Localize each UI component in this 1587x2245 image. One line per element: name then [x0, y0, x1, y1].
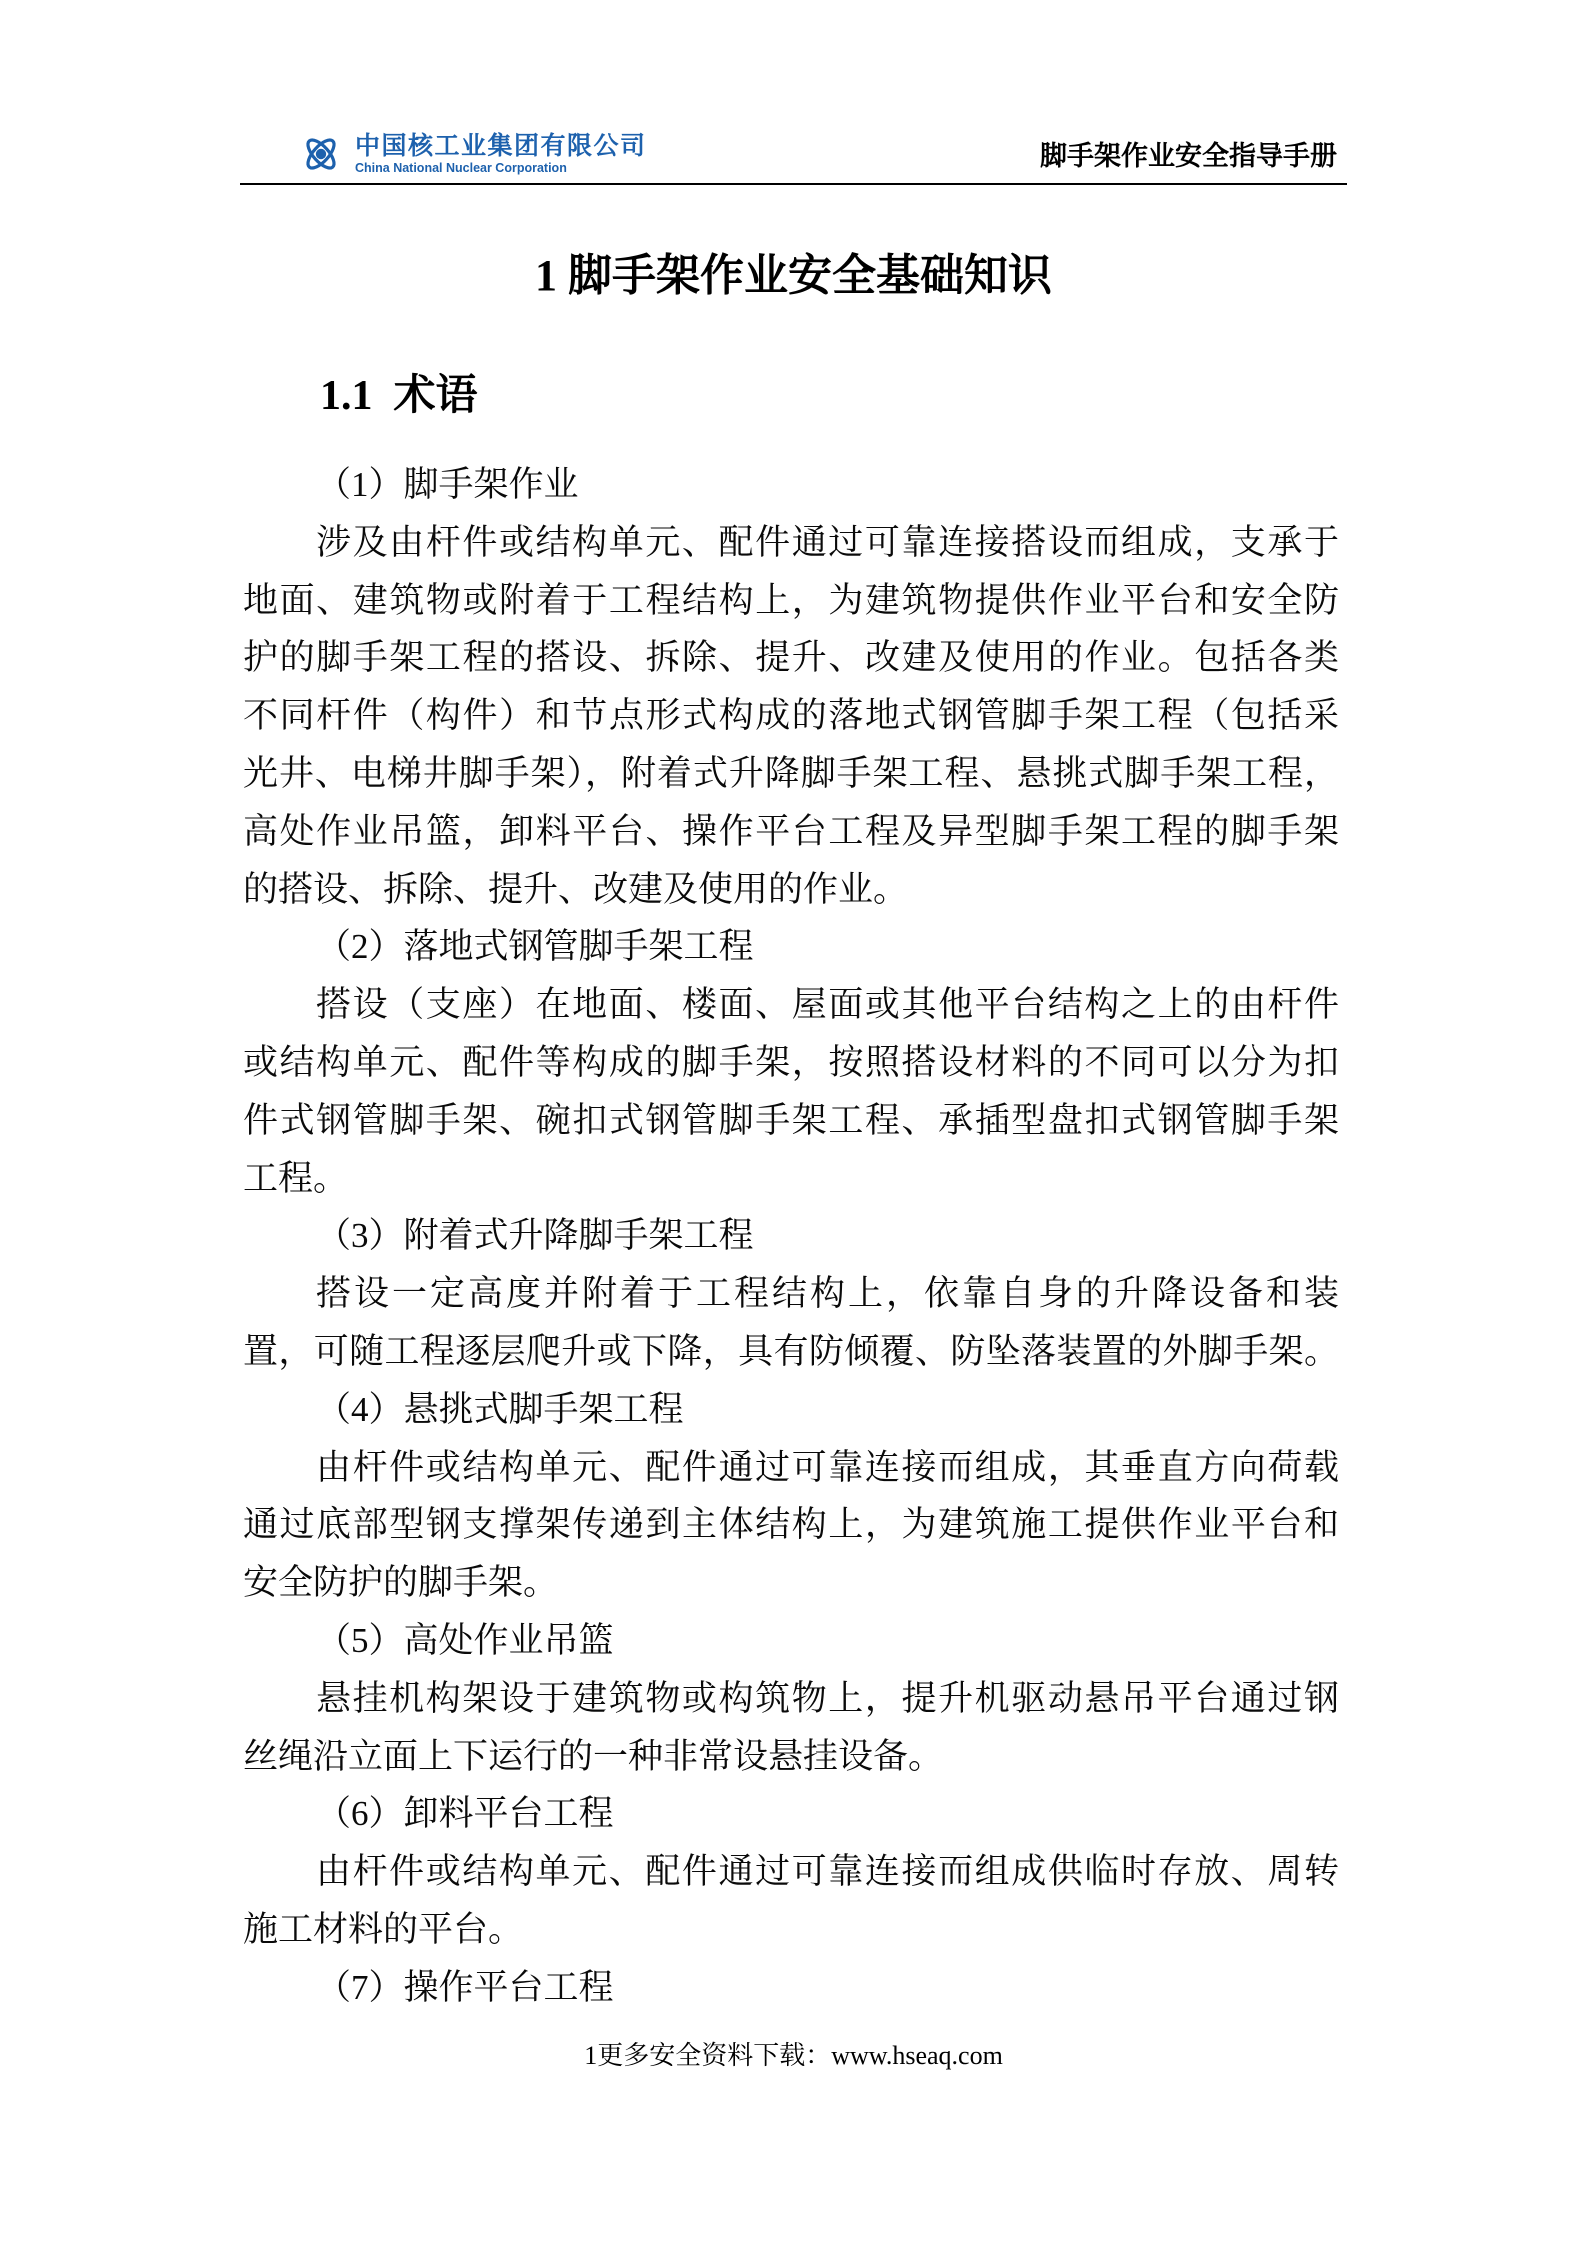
body-line: 安全防护的脚手架。 — [243, 1554, 1339, 1612]
body-line: 护的脚手架工程的搭设、拆除、提升、改建及使用的作业。包括各类 — [243, 629, 1339, 687]
body-line: （2）落地式钢管脚手架工程 — [243, 918, 1339, 976]
body-line: 由杆件或结构单元、配件通过可靠连接而组成，其垂直方向荷载 — [243, 1439, 1339, 1497]
body-line: 涉及由杆件或结构单元、配件通过可靠连接搭设而组成，支承于 — [243, 514, 1339, 572]
body-line: 搭设一定高度并附着于工程结构上，依靠自身的升降设备和装 — [243, 1265, 1339, 1323]
body-line: （6）卸料平台工程 — [243, 1785, 1339, 1843]
cnnc-logo: 中国核工业集团有限公司 China National Nuclear Corpo… — [300, 133, 647, 175]
footer-url: www.hseaq.com — [831, 2041, 1003, 2070]
logo-company-name-cn: 中国核工业集团有限公司 — [355, 134, 647, 159]
body-line: 通过底部型钢支撑架传递到主体结构上，为建筑施工提供作业平台和 — [243, 1496, 1339, 1554]
body-line: 地面、建筑物或附着于工程结构上，为建筑物提供作业平台和安全防 — [243, 572, 1339, 630]
page: 中国核工业集团有限公司 China National Nuclear Corpo… — [0, 0, 1587, 2245]
body-line: （7）操作平台工程 — [243, 1959, 1339, 2017]
body-line: 的搭设、拆除、提升、改建及使用的作业。 — [243, 861, 1339, 919]
page-number: 1 — [584, 2041, 597, 2070]
body-line: 光井、电梯井脚手架），附着式升降脚手架工程、悬挑式脚手架工程， — [243, 745, 1339, 803]
body-line: （1）脚手架作业 — [243, 456, 1339, 514]
body-line: （4）悬挑式脚手架工程 — [243, 1381, 1339, 1439]
header-rule — [240, 183, 1347, 185]
body-line: （3）附着式升降脚手架工程 — [243, 1207, 1339, 1265]
footer-label: 更多安全资料下载： — [597, 2041, 831, 2070]
body-line: 悬挂机构架设于建筑物或构筑物上，提升机驱动悬吊平台通过钢 — [243, 1670, 1339, 1728]
body-line: 搭设（支座）在地面、楼面、屋面或其他平台结构之上的由杆件 — [243, 976, 1339, 1034]
header-doc-title: 脚手架作业安全指导手册 — [1040, 140, 1337, 172]
body-line: 工程。 — [243, 1150, 1339, 1208]
section-heading: 1.1 术语 — [320, 372, 478, 420]
page-footer: 1更多安全资料下载：www.hseaq.com — [0, 2040, 1587, 2072]
logo-text: 中国核工业集团有限公司 China National Nuclear Corpo… — [355, 134, 647, 175]
body-line: 丝绳沿立面上下运行的一种非常设悬挂设备。 — [243, 1728, 1339, 1786]
logo-company-name-en: China National Nuclear Corporation — [355, 162, 647, 175]
body-line: 置，可随工程逐层爬升或下降，具有防倾覆、防坠落装置的外脚手架。 — [243, 1323, 1339, 1381]
document-page: { "header": { "logo": { "icon": "atom-ic… — [0, 0, 1587, 2245]
body-line: 或结构单元、配件等构成的脚手架，按照搭设材料的不同可以分为扣 — [243, 1034, 1339, 1092]
body-line: 高处作业吊篮，卸料平台、操作平台工程及异型脚手架工程的脚手架 — [243, 803, 1339, 861]
terms-body: （1）脚手架作业涉及由杆件或结构单元、配件通过可靠连接搭设而组成，支承于地面、建… — [243, 456, 1339, 2017]
chapter-title: 1 脚手架作业安全基础知识 — [0, 246, 1587, 306]
body-line: 施工材料的平台。 — [243, 1901, 1339, 1959]
body-line: 由杆件或结构单元、配件通过可靠连接而组成供临时存放、周转 — [243, 1843, 1339, 1901]
atom-icon — [300, 133, 346, 175]
body-line: （5）高处作业吊篮 — [243, 1612, 1339, 1670]
body-line: 件式钢管脚手架、碗扣式钢管脚手架工程、承插型盘扣式钢管脚手架 — [243, 1092, 1339, 1150]
body-line: 不同杆件（构件）和节点形式构成的落地式钢管脚手架工程（包括采 — [243, 687, 1339, 745]
